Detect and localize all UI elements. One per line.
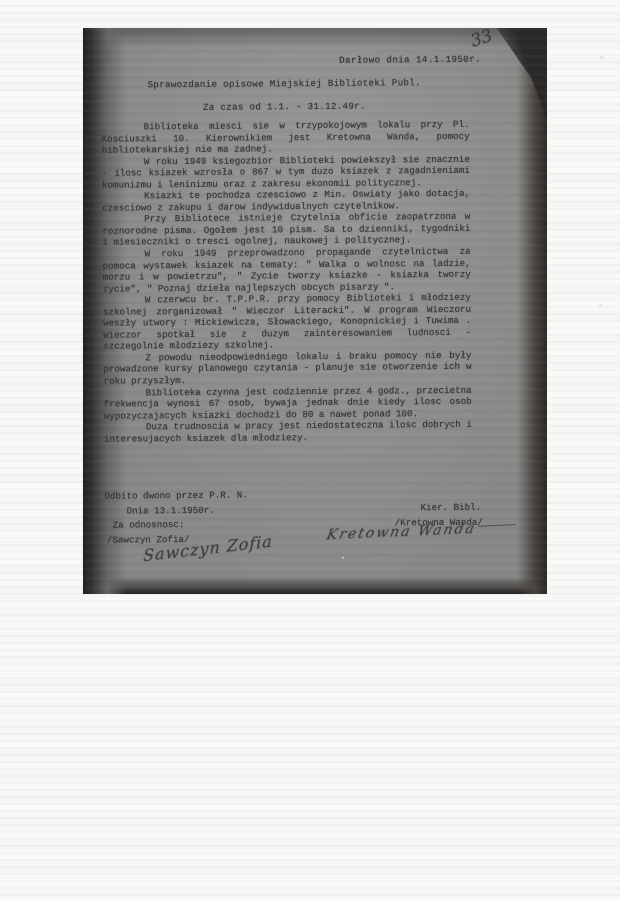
scan-speck: [600, 56, 604, 59]
paragraph: Przy Bibliotece istnieje Czytelnia obfic…: [102, 211, 470, 249]
paragraph: Ksiazki te pochodza czesciowo z Min. Osw…: [102, 188, 470, 214]
paragraph: Duza trudnoscia w pracy jest niedostatec…: [104, 419, 472, 445]
paragraph: W roku 1949 przeprowadzono propagande cz…: [103, 246, 471, 295]
paper-sheet: 33 Darłowo dnia 14.1.1950r. Sprawozdanie…: [81, 26, 549, 596]
document-subtitle: Za czas od 1.1. - 31.12.49r.: [99, 100, 469, 114]
date-line: Darłowo dnia 14.1.1950r.: [339, 54, 481, 66]
scan-speck: [599, 304, 602, 307]
librarian-role-label: Kier. Bibl.: [420, 501, 482, 516]
document-title: Sprawozdanie opisowe Miejskiej Bibliotek…: [99, 77, 469, 91]
paragraph: Biblioteka miesci sie w trzypokojowym lo…: [102, 119, 470, 157]
paragraph: Biblioteka czynna jest codziennie przez …: [104, 384, 472, 422]
scan-speck: [342, 557, 344, 559]
handwritten-page-number: 33: [469, 26, 496, 52]
scanned-archive-sheet: { "doc": { "page_number": "33", "date_li…: [0, 0, 620, 900]
paragraph: W czerwcu br. T.P.P.R. przy pomocy Bibli…: [103, 292, 471, 353]
paragraph: Z powodu nieodpowiedniego lokalu i braku…: [103, 350, 471, 388]
paragraph: W roku 1949 ksiegozbior Biblioteki powie…: [102, 153, 470, 191]
photographed-document-page: 33 Darłowo dnia 14.1.1950r. Sprawozdanie…: [83, 28, 547, 594]
document-body: Biblioteka miesci sie w trzypokojowym lo…: [102, 119, 473, 445]
